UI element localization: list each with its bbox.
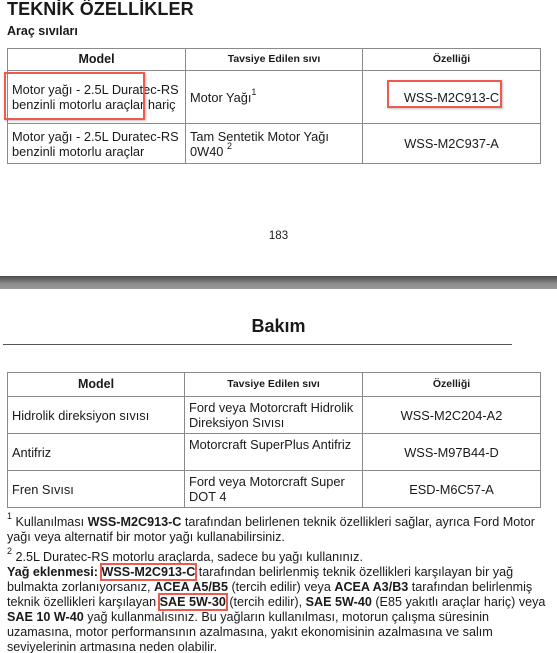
cell-fluid: Ford veya Motorcraft Hidrolik Direksiyon… (185, 397, 363, 434)
spec-code: WSS-M2C913-C (88, 515, 182, 529)
cell-spec: WSS-M2C937-A (363, 124, 541, 164)
header-fluid: Tavsiye Edilen sıvı (186, 49, 363, 71)
footnote-text: Kullanılması (16, 515, 85, 529)
fluid-text: Motor Yağı (190, 90, 251, 105)
header-model: Model (8, 49, 186, 71)
spec-code-highlighted: WSS-M2C913-C (102, 565, 196, 579)
footnote-text: 2.5L Duratec-RS motorlu araçlarda, sadec… (16, 550, 363, 564)
cell-fluid: Motorcraft SuperPlus Antifriz (185, 434, 363, 471)
acea-spec: ACEA A5/B5 (154, 580, 228, 594)
sae-spec: SAE 10 W-40 (7, 610, 84, 624)
oil-topup-label: Yağ eklenmesi: (7, 565, 98, 579)
cell-model: Antifriz (8, 434, 185, 471)
cell-spec: WSS-M97B44-D (363, 434, 541, 471)
footnote-marker: 2 (7, 546, 12, 556)
footnote-text: (E85 yakıtlı araçlar hariç) veya (375, 595, 545, 609)
cell-model: Hidrolik direksiyon sıvısı (8, 397, 185, 434)
header-model: Model (8, 373, 185, 397)
cell-spec: ESD-M6C57-A (363, 471, 541, 508)
table-row: Antifriz Motorcraft SuperPlus Antifriz W… (8, 434, 541, 471)
cell-model: Motor yağı - 2.5L Duratec-RS benzinli mo… (8, 124, 186, 164)
footnote-text: (tercih edilir), (229, 595, 302, 609)
subsection-title: Araç sıvıları (7, 24, 78, 38)
section-title-bakim: Bakım (0, 316, 557, 337)
page-separator (0, 276, 557, 289)
header-fluid: Tavsiye Edilen sıvı (185, 373, 363, 397)
footnote-ref: 1 (251, 87, 256, 97)
table-header-row: Model Tavsiye Edilen sıvı Özelliği (8, 373, 541, 397)
cell-model: Fren Sıvısı (8, 471, 185, 508)
footnote-text: (tercih edilir) veya (231, 580, 330, 594)
header-spec: Özelliği (363, 49, 541, 71)
page-number: 183 (0, 230, 557, 242)
highlight-box-spec (387, 80, 502, 108)
footnote-2: 2 2.5L Duratec-RS motorlu araçlarda, sad… (7, 550, 555, 653)
sae-spec-highlighted: SAE 5W-30 (160, 595, 226, 609)
section-title: TEKNİK ÖZELLİKLER (7, 0, 194, 20)
acea-spec: ACEA A3/B3 (334, 580, 408, 594)
highlight-box-model (4, 72, 145, 120)
sae-spec: SAE 5W-40 (306, 595, 372, 609)
fluids-table-bottom: Model Tavsiye Edilen sıvı Özelliği Hidro… (7, 372, 541, 508)
cell-fluid: Ford veya Motorcraft Super DOT 4 (185, 471, 363, 508)
cell-fluid: Tam Sentetik Motor Yağı 0W40 2 (186, 124, 363, 164)
table-row: Motor yağı - 2.5L Duratec-RS benzinli mo… (8, 124, 541, 164)
footnote-marker: 1 (7, 511, 12, 521)
cell-fluid: Motor Yağı1 (186, 71, 363, 124)
footnote-1: 1 Kullanılması WSS-M2C913-C tarafından b… (7, 515, 555, 545)
footnote-ref: 2 (227, 141, 232, 151)
footnotes: 1 Kullanılması WSS-M2C913-C tarafından b… (7, 515, 555, 653)
cell-spec: WSS-M2C204-A2 (363, 397, 541, 434)
table-header-row: Model Tavsiye Edilen sıvı Özelliği (8, 49, 541, 71)
fluid-text: Tam Sentetik Motor Yağı 0W40 (190, 129, 329, 159)
footnote-text: tarafından belirlenen teknik özellikleri… (7, 515, 535, 544)
title-rule (3, 344, 512, 345)
header-spec: Özelliği (363, 373, 541, 397)
table-row: Fren Sıvısı Ford veya Motorcraft Super D… (8, 471, 541, 508)
table-row: Hidrolik direksiyon sıvısı Ford veya Mot… (8, 397, 541, 434)
